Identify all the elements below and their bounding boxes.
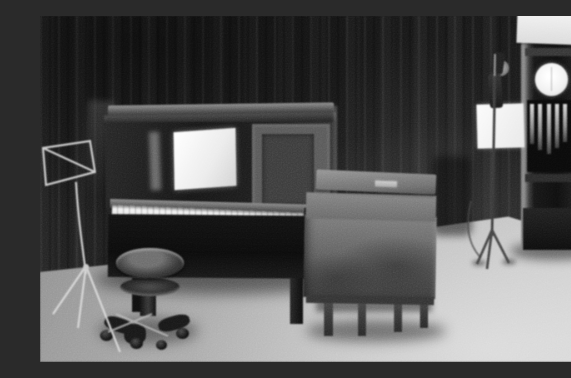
stool-base-frame bbox=[108, 314, 168, 336]
mic-stand-lines bbox=[468, 54, 509, 269]
photograph bbox=[40, 16, 571, 362]
wire-stands-linework bbox=[40, 16, 571, 362]
scene bbox=[40, 16, 571, 362]
music-stand-left bbox=[43, 141, 120, 352]
